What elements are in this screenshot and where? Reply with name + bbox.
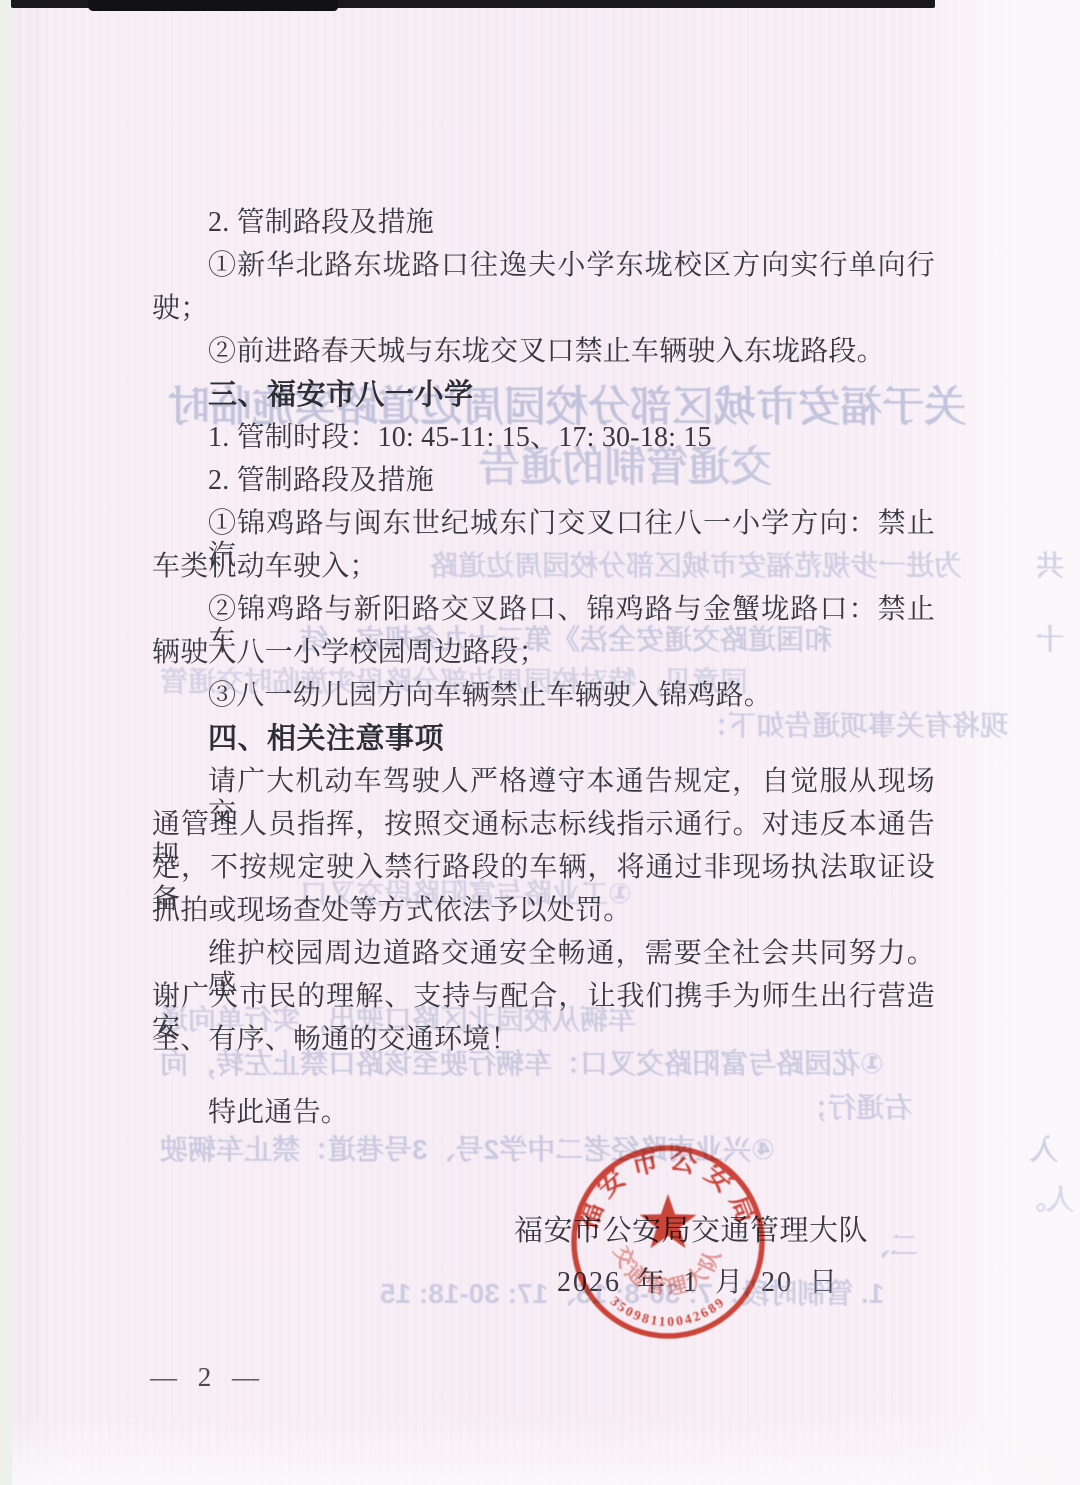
text-line: ②前进路春天城与东垅交叉口禁止车辆驶入东垅路段。: [208, 336, 885, 368]
text-line: ①新华北路东垅路口往逸夫小学东垅校区方向实行单向行: [208, 250, 935, 282]
scanner-left-edge: [0, 0, 12, 1485]
text-line: ③八一幼儿园方向车辆禁止车辆驶入锦鸡路。: [208, 680, 772, 712]
scanner-top-edge-shadow: [88, 0, 338, 11]
text-line: 辆驶入八一小学校园周边路段；: [152, 637, 547, 669]
scanned-notice-page: 关于福安市城区部分校园周边道路实施临时交通管制的通告为进一步规范福安市城区部分校…: [0, 0, 1080, 1485]
text-line: 1. 管制时段：10: 45-11: 15、17: 30-18: 15: [208, 422, 712, 454]
text-line: 车类机动车驶入；: [152, 551, 378, 583]
text-line: 2. 管制路段及措施: [208, 207, 434, 239]
text-line: 抓拍或现场查处等方式依法予以处罚。: [152, 895, 631, 927]
notice-body: 2. 管制路段及措施①新华北路东垅路口往逸夫小学东垅校区方向实行单向行驶；②前进…: [0, 0, 1080, 1485]
section-heading: 四、相关注意事项: [208, 723, 444, 756]
section-heading: 三、福安市八一小学: [208, 379, 474, 412]
text-line: 全、有序、畅通的交通环境！: [152, 1024, 519, 1056]
text-line: 2. 管制路段及措施: [208, 465, 434, 497]
text-line: 驶；: [152, 293, 208, 325]
text-line: 特此通告。: [208, 1097, 349, 1129]
